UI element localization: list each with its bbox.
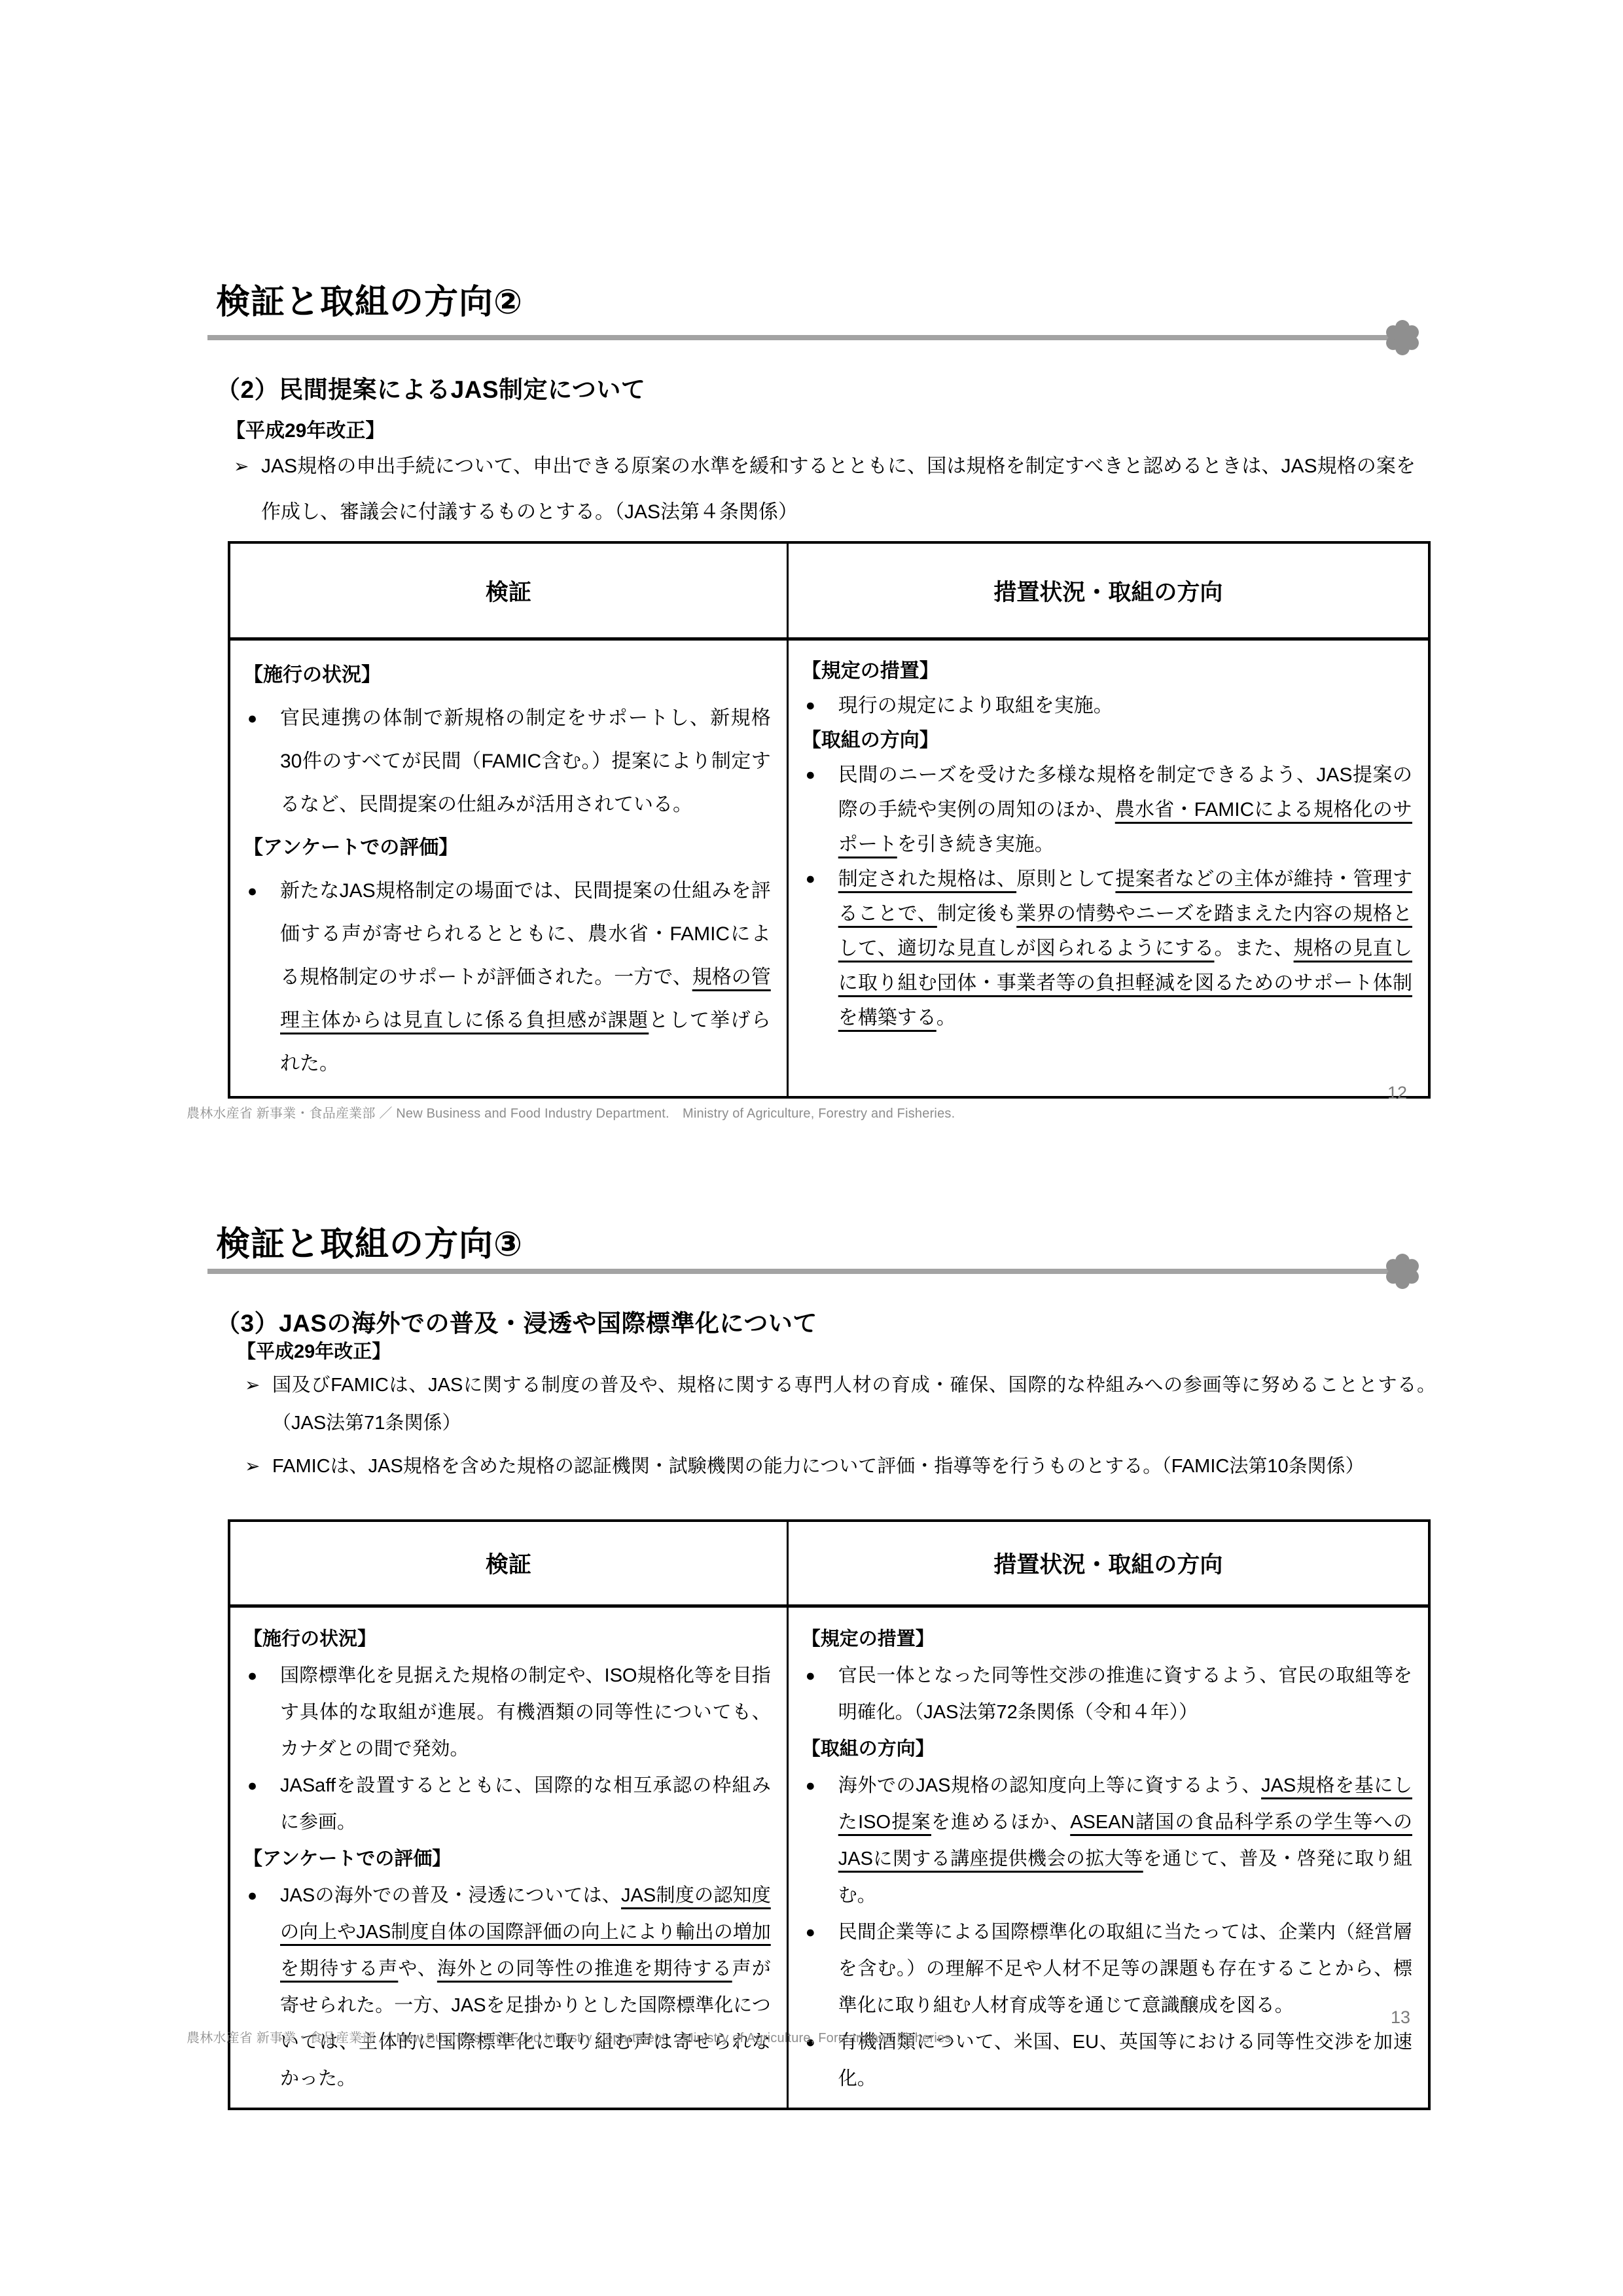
circle-bullet-icon: ● [243, 870, 280, 913]
cell-section-label: 【取組の方向】 [802, 723, 1412, 758]
circle-bullet-icon: ● [243, 1877, 280, 1914]
divider-rule [207, 1269, 1389, 1274]
cell-bullet-item: ●JASの海外での普及・浸透については、JAS制度の認知度の向上やJAS制度自体… [243, 1877, 771, 2097]
cell-bullet-item: ●海外でのJAS規格の認知度向上等に資するよう、JAS規格を基にしたISO提案を… [802, 1767, 1412, 1914]
arrow-bullet-icon: ➢ [245, 1366, 272, 1404]
page-number: 13 [1391, 2007, 1410, 2028]
circle-bullet-icon: ● [243, 1657, 280, 1694]
cell-bullet-text: 官民一体となった同等性交渉の推進に資するよう、官民の取組等を明確化。（JAS法第… [838, 1657, 1412, 1731]
cell-bullet-text: 新たなJAS規格制定の場面では、民間提案の仕組みを評価する声が寄せられるとともに… [280, 870, 771, 1086]
page-number: 12 [1387, 1083, 1407, 1103]
cell-bullet-text: 民間企業等による国際標準化の取組に当たっては、企業内（経営層を含む。）の理解不足… [838, 1914, 1412, 2024]
circle-bullet-icon: ● [802, 1657, 838, 1694]
flower-icon [1385, 320, 1420, 355]
table-cell-verification: 【施行の状況】●官民連携の体制で新規格の制定をサポートし、新規格30件のすべてが… [230, 641, 789, 1096]
footer-credit: 農林水産省 新事業・食品産業部 ／ New Business and Food … [187, 1103, 955, 1122]
revision-point: ➢国及びFAMICは、JASに関する制度の普及や、規格に関する専門人材の育成・確… [245, 1366, 1436, 1442]
cell-bullet-text: 制定された規格は、原則として提案者などの主体が維持・管理することで、制定後も業界… [838, 862, 1412, 1035]
cell-section-label: 【施行の状況】 [243, 1621, 771, 1657]
table-header-verification: 検証 [230, 1522, 789, 1608]
cell-bullet-text: 民間のニーズを受けた多様な規格を制定できるよう、JAS提案の際の手続や実例の周知… [838, 758, 1412, 862]
table-cell-measures: 【規定の措置】●現行の規定により取組を実施。【取組の方向】●民間のニーズを受けた… [789, 641, 1428, 1096]
revision-point: ➢FAMICは、JAS規格を含めた規格の認証機関・試験機関の能力について評価・指… [245, 1447, 1436, 1485]
cell-bullet-item: ●民間のニーズを受けた多様な規格を制定できるよう、JAS提案の際の手続や実例の周… [802, 758, 1412, 862]
revision-point-text: FAMICは、JAS規格を含めた規格の認証機関・試験機関の能力について評価・指導… [272, 1447, 1436, 1485]
verification-table: 検証 措置状況・取組の方向 【施行の状況】●国際標準化を見据えた規格の制定や、I… [228, 1519, 1431, 2110]
cell-bullet-item: ●制定された規格は、原則として提案者などの主体が維持・管理することで、制定後も業… [802, 862, 1412, 1035]
cell-bullet-item: ●国際標準化を見据えた規格の制定や、ISO規格化等を目指す具体的な取組が進展。有… [243, 1657, 771, 1767]
revision-point-text: JAS規格の申出手続について、申出できる原案の水準を緩和するとともに、国は規格を… [261, 444, 1416, 535]
cell-bullet-item: ●現行の規定により取組を実施。 [802, 688, 1412, 723]
table-header-measures: 措置状況・取組の方向 [789, 544, 1428, 641]
circle-bullet-icon: ● [243, 697, 280, 740]
page-title: 検証と取組の方向③ [216, 1226, 523, 1265]
cell-section-label: 【規定の措置】 [802, 1621, 1412, 1657]
cell-section-label: 【取組の方向】 [802, 1731, 1412, 1767]
table-header-measures: 措置状況・取組の方向 [789, 1522, 1428, 1608]
revision-point: ➢JAS規格の申出手続について、申出できる原案の水準を緩和するとともに、国は規格… [234, 444, 1416, 535]
cell-bullet-item: ●JASaffを設置するとともに、国際的な相互承認の枠組みに参画。 [243, 1767, 771, 1841]
circle-bullet-icon: ● [802, 1914, 838, 1951]
cell-bullet-text: 海外でのJAS規格の認知度向上等に資するよう、JAS規格を基にしたISO提案を進… [838, 1767, 1412, 1914]
circle-bullet-icon: ● [802, 1767, 838, 1804]
circle-bullet-icon: ● [243, 1767, 280, 1804]
circle-bullet-icon: ● [802, 758, 838, 792]
circle-bullet-icon: ● [802, 688, 838, 723]
revision-point-list: ➢国及びFAMICは、JASに関する制度の普及や、規格に関する専門人材の育成・確… [245, 1366, 1436, 1491]
section-subtitle: （3）JASの海外での普及・浸透や国際標準化について [216, 1303, 817, 1339]
divider-rule [207, 335, 1389, 340]
cell-bullet-item: ●官民連携の体制で新規格の制定をサポートし、新規格30件のすべてが民間（FAMI… [243, 697, 771, 826]
arrow-bullet-icon: ➢ [234, 444, 261, 489]
cell-bullet-text: JASaffを設置するとともに、国際的な相互承認の枠組みに参画。 [280, 1767, 771, 1841]
flower-icon [1385, 1254, 1420, 1289]
arrow-bullet-icon: ➢ [245, 1447, 272, 1485]
revision-point-list: ➢JAS規格の申出手続について、申出できる原案の水準を緩和するとともに、国は規格… [234, 444, 1416, 539]
section-subtitle: （2）民間提案によるJAS制定について [216, 370, 645, 405]
cell-bullet-text: 現行の規定により取組を実施。 [838, 688, 1412, 723]
cell-bullet-text: JASの海外での普及・浸透については、JAS制度の認知度の向上やJAS制度自体の… [280, 1877, 771, 2097]
cell-section-label: 【アンケートでの評価】 [243, 1841, 771, 1877]
document-page: { "ui": { "arrow_marker": "➢", "bullet_m… [0, 0, 1623, 2296]
cell-section-label: 【施行の状況】 [243, 654, 771, 697]
revision-heading: 【平成29年改正】 [237, 1337, 391, 1364]
cell-bullet-text: 官民連携の体制で新規格の制定をサポートし、新規格30件のすべてが民間（FAMIC… [280, 697, 771, 826]
cell-bullet-item: ●民間企業等による国際標準化の取組に当たっては、企業内（経営層を含む。）の理解不… [802, 1914, 1412, 2024]
revision-point-text: 国及びFAMICは、JASに関する制度の普及や、規格に関する専門人材の育成・確保… [272, 1366, 1436, 1442]
verification-table: 検証 措置状況・取組の方向 【施行の状況】●官民連携の体制で新規格の制定をサポー… [228, 541, 1431, 1099]
cell-bullet-item: ●新たなJAS規格制定の場面では、民間提案の仕組みを評価する声が寄せられるととも… [243, 870, 771, 1086]
circle-bullet-icon: ● [802, 862, 838, 896]
footer-credit: 農林水産省 新事業・食品産業部 ／ New Business and Food … [187, 2027, 955, 2046]
table-header-verification: 検証 [230, 544, 789, 641]
cell-section-label: 【規定の措置】 [802, 654, 1412, 688]
cell-bullet-text: 国際標準化を見据えた規格の制定や、ISO規格化等を目指す具体的な取組が進展。有機… [280, 1657, 771, 1767]
cell-section-label: 【アンケートでの評価】 [243, 826, 771, 870]
page-title: 検証と取組の方向② [216, 283, 523, 323]
cell-bullet-item: ●官民一体となった同等性交渉の推進に資するよう、官民の取組等を明確化。（JAS法… [802, 1657, 1412, 1731]
revision-heading: 【平成29年改正】 [226, 414, 385, 443]
